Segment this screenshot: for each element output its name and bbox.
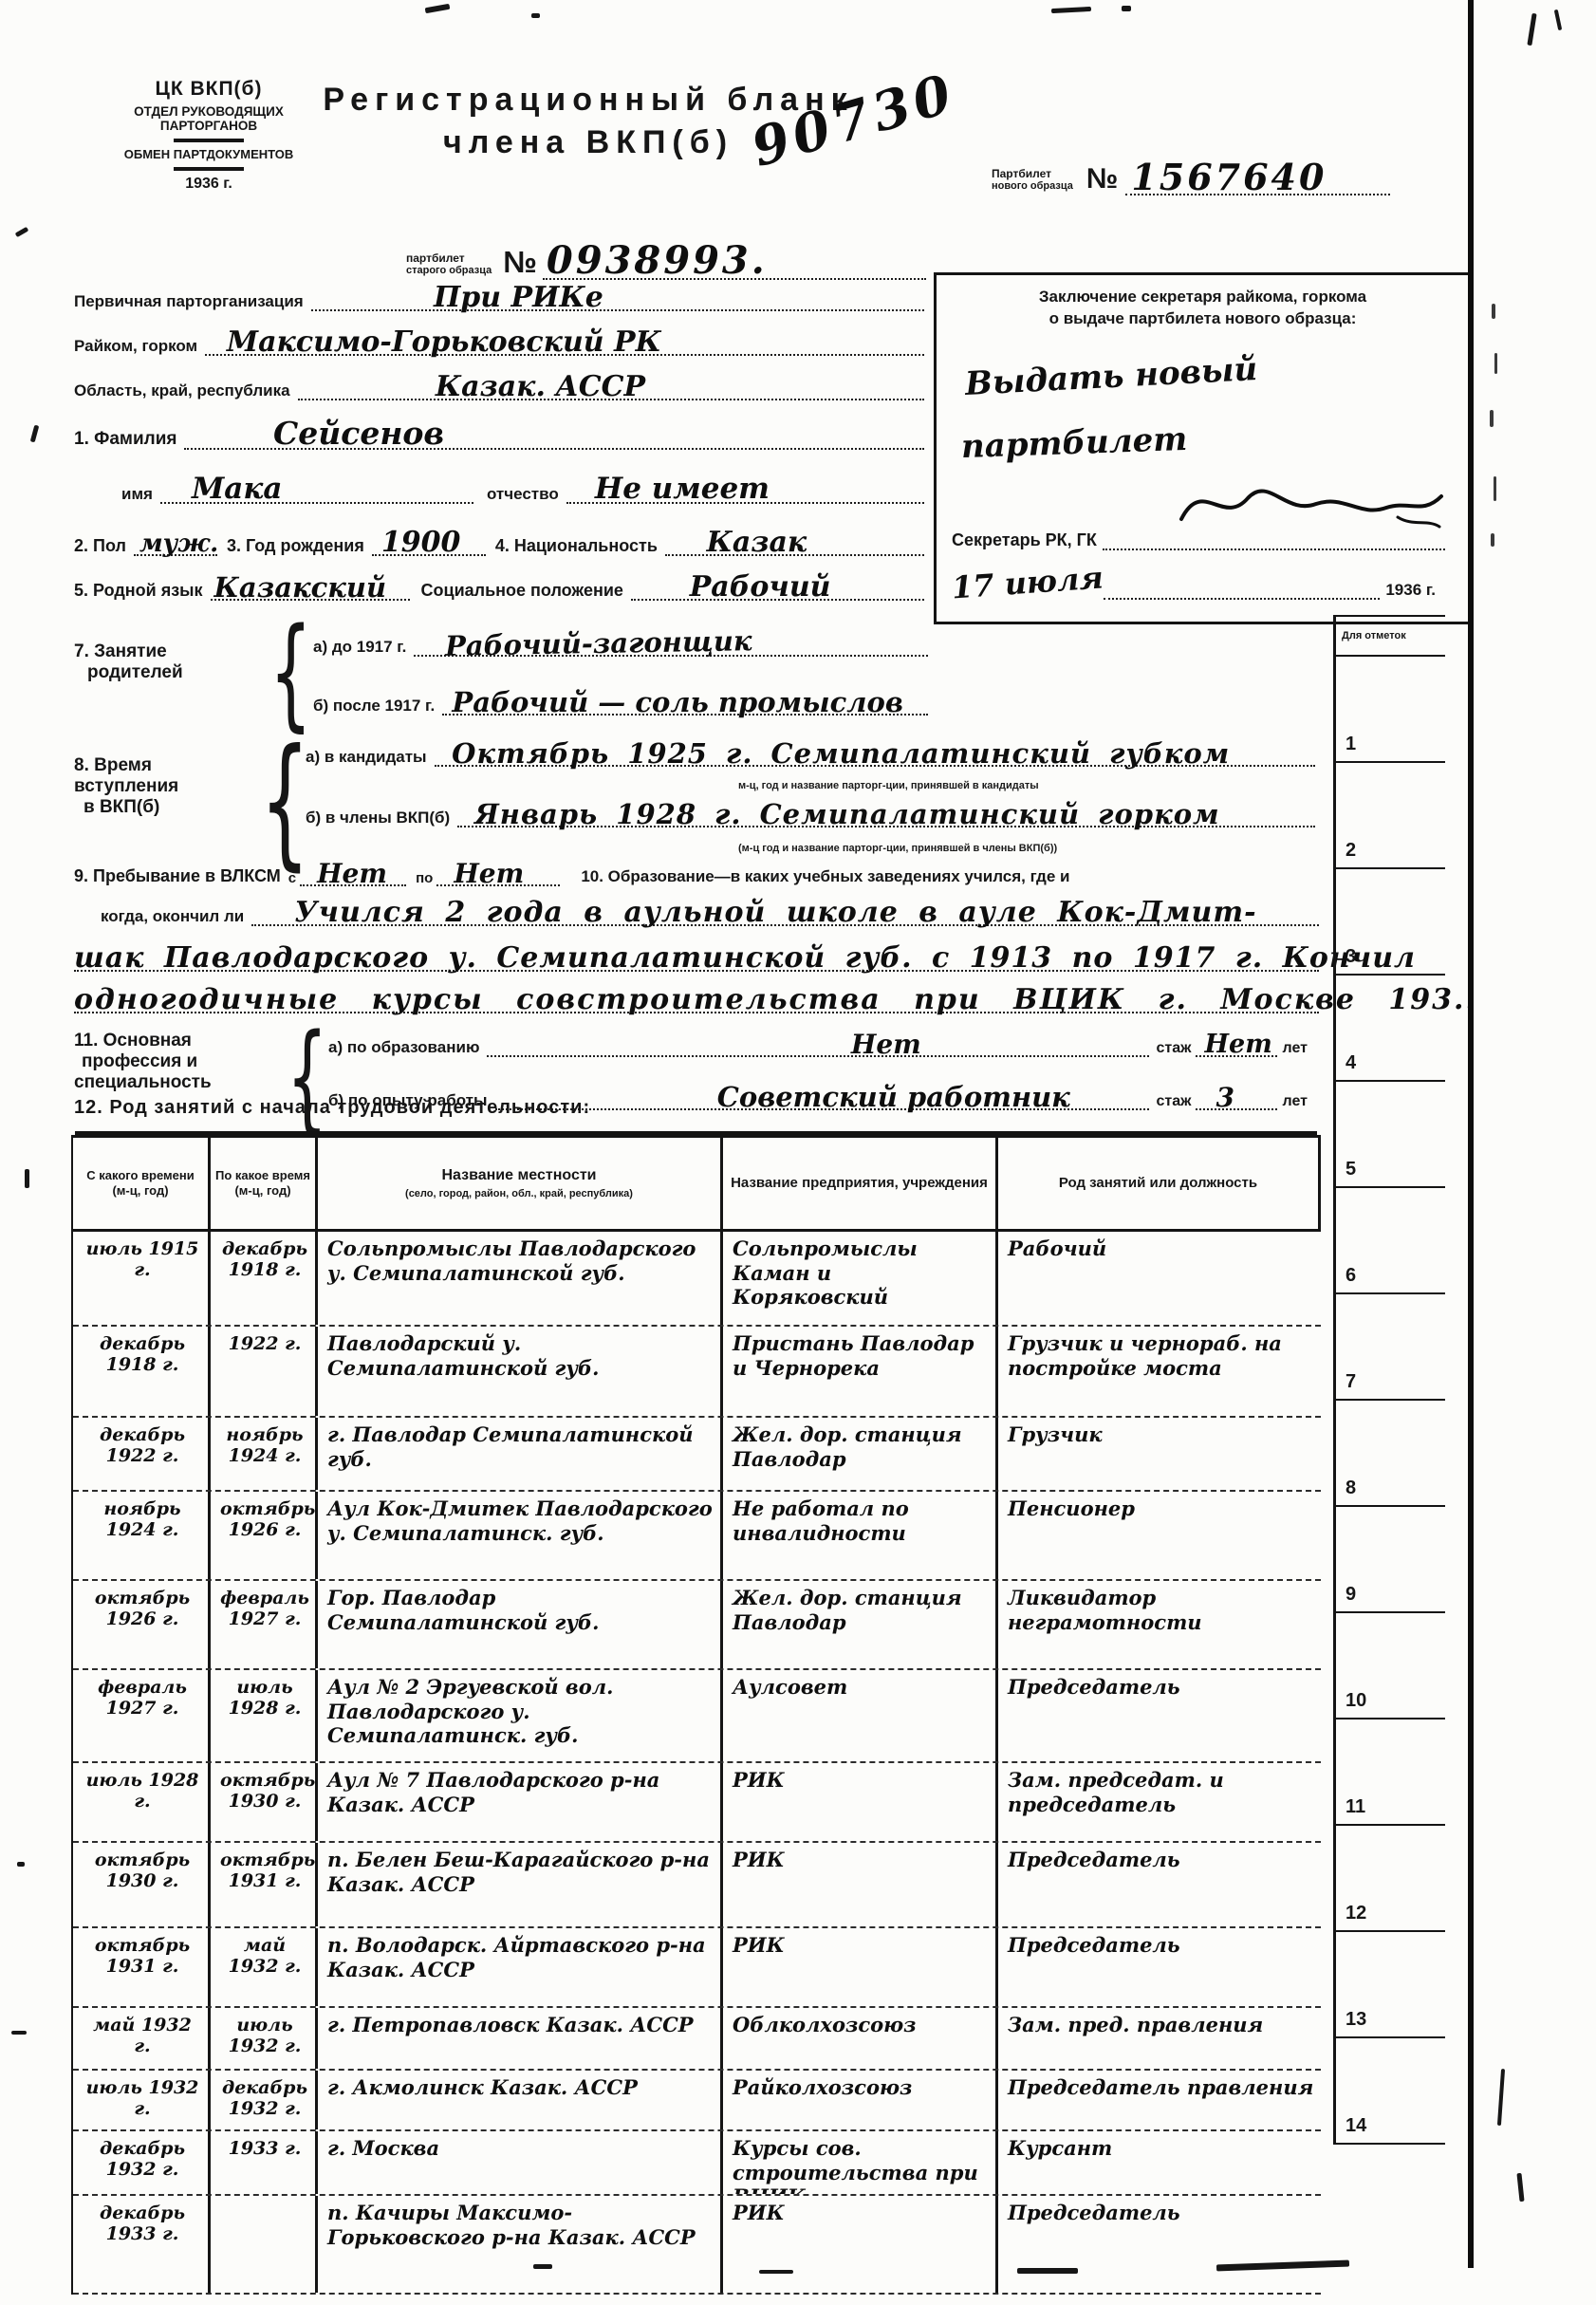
margin-cell-number: 13	[1345, 2009, 1366, 2031]
scan-artifact	[531, 13, 540, 18]
field-label: Социальное положение	[410, 581, 631, 601]
field-value: Сейсенов	[273, 418, 444, 451]
scan-artifact	[425, 4, 451, 13]
field-label: стаж	[1149, 1040, 1196, 1057]
cell-role: Зам. пред. правления	[998, 2008, 1321, 2069]
scan-artifact	[30, 425, 39, 443]
cell-date-to: май 1932 г.	[211, 1928, 318, 2006]
margin-cells: 1 2 3 4 5 6 7 8 9 10	[1336, 657, 1445, 2145]
field-label: Райком, горком	[74, 337, 205, 356]
section-label: профессия и	[74, 1051, 212, 1072]
section-label: вступления	[74, 776, 178, 797]
field-label: Область, край, республика	[74, 381, 298, 400]
field-label: по	[406, 870, 436, 886]
field-parents-after-1917: б) после 1917 г. Рабочий — соль промысло…	[313, 691, 928, 716]
field-parents-before-1917: а) до 1917 г. Рабочий-загонщик	[313, 632, 928, 657]
cell-role: Грузчик и чернораб. на постройке моста	[998, 1327, 1321, 1416]
cell-role: Зам. председат. и председатель	[998, 1763, 1321, 1841]
work-history-row: декабрь 1933 г. п. Качиры Максимо-Горько…	[73, 2196, 1321, 2295]
scan-artifact	[1122, 6, 1131, 11]
field-raikom: Райком, горком Максимо-Горьковский РК	[74, 331, 924, 356]
new-partbilet-number: 1567640	[1131, 158, 1327, 196]
cell-place: Аул № 7 Павлодарского р-на Казак. АССР	[318, 1763, 723, 1841]
scan-artifact	[1494, 476, 1496, 501]
brace: {	[287, 1019, 327, 1137]
cell-place: Аул № 2 Эргуевской вол. Павлодарского у.…	[318, 1670, 723, 1761]
field-value: Казакский	[214, 573, 387, 602]
margin-notes-header: Для отметок	[1336, 617, 1445, 657]
field-language-social: 5. Родной язык Казакский Социальное поло…	[74, 576, 924, 601]
brace: {	[260, 731, 309, 873]
section-label: родителей	[74, 662, 183, 683]
margin-cell-number: 6	[1345, 1265, 1356, 1287]
margin-cell-number: 8	[1345, 1478, 1356, 1499]
field-value: Рабочий-загонщик	[445, 626, 752, 660]
cell-date-from: июль 1928 г.	[73, 1763, 211, 1841]
scan-artifact	[759, 2270, 793, 2274]
cell-organization: Не работал по инвалидности	[723, 1492, 998, 1579]
margin-cell: 11	[1336, 1719, 1445, 1826]
field-surname: 1. Фамилия Сейсенов	[74, 425, 924, 450]
field-value: Мака	[192, 474, 282, 505]
field-education-line3: одногодичные курсы совстроительства при …	[74, 989, 1319, 1013]
margin-cell: 8	[1336, 1401, 1445, 1507]
margin-cell-number: 11	[1345, 1796, 1365, 1818]
field-label: 9. Пребывание в ВЛКСМ	[74, 866, 288, 886]
field-value: Казак. АССР	[436, 372, 645, 402]
field-value: Максимо-Горьковский РК	[227, 327, 661, 358]
margin-cell: 2	[1336, 763, 1445, 869]
margin-cell-number: 3	[1345, 946, 1356, 968]
work-history-row: октябрь 1926 г. февраль 1927 г. Гор. Пав…	[73, 1581, 1321, 1670]
work-history-row: декабрь 1918 г. 1922 г. Павлодарский у. …	[73, 1327, 1321, 1418]
cell-date-to	[211, 2196, 318, 2293]
field-value: Казак	[707, 528, 807, 558]
field-value: Нет	[851, 1031, 921, 1058]
conclusion-title-line1: Заключение секретаря райкома, горкома	[937, 287, 1469, 308]
education-handwriting: Учился 2 года в аульной школе в ауле Кок…	[294, 898, 1256, 928]
new-partbilet-block: Партбилет нового образца № 1567640	[992, 163, 1390, 195]
col-header-role: Род занятий или должность	[998, 1138, 1321, 1229]
secretary-label: Секретарь РК, ГК	[952, 530, 1103, 550]
conclusion-date-handwritten: 17 июля	[951, 562, 1104, 604]
section-12-title: 12. Род занятий с начала трудовой деятел…	[74, 1097, 590, 1119]
cell-date-from: декабрь 1932 г.	[73, 2131, 211, 2194]
margin-cell: 3	[1336, 869, 1445, 976]
numero-sign: №	[492, 245, 543, 280]
cell-date-to: 1922 г.	[211, 1327, 318, 1416]
field-education-line2: шак Павлодарского у. Семипалатинской губ…	[74, 947, 1319, 972]
field-value: Нет	[1205, 1032, 1272, 1058]
field-value: При РИКе	[434, 283, 603, 313]
work-history-row: октябрь 1930 г. октябрь 1931 г. п. Белен…	[73, 1843, 1321, 1928]
field-member-entry: б) в члены ВКП(б) Январь 1928 г. Семипал…	[306, 803, 1315, 827]
cell-place: Сольпромыслы Павлодарского у. Семипалати…	[318, 1232, 723, 1325]
cell-date-from: июль 1932 г.	[73, 2071, 211, 2129]
cell-place: г. Акмолинск Казак. АССР	[318, 2071, 723, 2129]
scan-artifact	[17, 1862, 25, 1867]
scan-artifact	[1497, 2069, 1505, 2126]
cell-organization: Курсы сов. строительства при ВЦИК	[723, 2131, 998, 2194]
cell-date-from: ноябрь 1924 г.	[73, 1492, 211, 1579]
cell-date-from: октябрь 1931 г.	[73, 1928, 211, 2006]
cell-organization: Жел. дор. станция Павлодар	[723, 1418, 998, 1490]
cell-role: Председатель	[998, 1670, 1321, 1761]
field-label: лет	[1277, 1040, 1315, 1057]
cell-date-from: октябрь 1930 г.	[73, 1843, 211, 1926]
margin-cell: 9	[1336, 1507, 1445, 1613]
scan-artifact	[1516, 2173, 1524, 2202]
work-history-row: февраль 1927 г. июль 1928 г. Аул № 2 Эрг…	[73, 1670, 1321, 1763]
work-history-row: декабрь 1932 г. 1933 г. г. Москва Курсы …	[73, 2131, 1321, 2196]
education-handwriting: одногодичные курсы совстроительства при …	[74, 985, 1477, 1015]
cell-date-from: декабрь 1922 г.	[73, 1418, 211, 1490]
field-value: Нет	[454, 860, 524, 887]
cell-role: Пенсионер	[998, 1492, 1321, 1579]
old-partbilet-block: партбилет старого образца № 0938993.	[406, 245, 926, 280]
field-label: 1. Фамилия	[74, 429, 184, 450]
margin-cell-number: 9	[1345, 1584, 1356, 1606]
field-value: Рабочий — соль промыслов	[452, 688, 902, 716]
field-value: Не имеет	[595, 474, 770, 505]
cell-date-from: октябрь 1926 г.	[73, 1581, 211, 1668]
cell-date-to: 1933 г.	[211, 2131, 318, 2194]
work-history-row: май 1932 г. июль 1932 г. г. Петропавловс…	[73, 2008, 1321, 2071]
cell-role: Председатель	[998, 2196, 1321, 2293]
scan-artifact	[11, 2031, 27, 2035]
cell-role: Председатель	[998, 1843, 1321, 1926]
cell-organization: РИК	[723, 1928, 998, 2006]
education-handwriting: шак Павлодарского у. Семипалатинской губ…	[74, 943, 1416, 974]
org-line: 1936 г.	[90, 176, 327, 193]
cell-place: Гор. Павлодар Семипалатинской губ.	[318, 1581, 723, 1668]
field-label: отчество	[473, 485, 566, 504]
margin-cell-number: 4	[1345, 1052, 1356, 1074]
cell-date-to: октябрь 1930 г.	[211, 1763, 318, 1841]
cell-date-to: июль 1928 г.	[211, 1670, 318, 1761]
cell-date-to: октябрь 1926 г.	[211, 1492, 318, 1579]
field-label: 5. Родной язык	[74, 581, 211, 601]
field-region: Область, край, республика Казак. АССР	[74, 376, 924, 400]
conclusion-handwriting-line2: партбилет	[960, 423, 1187, 465]
field-label: стаж	[1149, 1093, 1196, 1110]
col-header-to: По какое время (м-ц, год)	[211, 1138, 318, 1229]
field-label: а) в кандидаты	[306, 748, 435, 767]
col-header-from: С какого времени (м-ц, год)	[73, 1138, 211, 1229]
section-label: в ВКП(б)	[74, 797, 178, 818]
field-value: 3	[1216, 1084, 1234, 1111]
col-header-org: Название предприятия, учреждения	[723, 1138, 998, 1229]
scan-artifact	[1494, 353, 1497, 374]
old-partbilet-label2: старого образца	[406, 265, 492, 276]
field-label: 2. Пол	[74, 536, 134, 556]
field-value: 1900	[381, 528, 461, 558]
field-label: лет	[1277, 1093, 1315, 1110]
section-label: специальность	[74, 1072, 212, 1093]
col-header-place-sub: (село, город, район, обл., край, республ…	[405, 1188, 633, 1199]
scan-artifact	[1554, 9, 1562, 30]
conclusion-handwriting-line1: Выдать новый	[964, 353, 1258, 402]
cell-date-to: июль 1932 г.	[211, 2008, 318, 2069]
field-label: имя	[121, 485, 160, 504]
margin-cell: 4	[1336, 976, 1445, 1082]
margin-cell: 10	[1336, 1613, 1445, 1719]
secretary-conclusion-box: Заключение секретаря райкома, горкома о …	[934, 272, 1472, 624]
margin-cell-number: 2	[1345, 840, 1356, 862]
field-label: б) в члены ВКП(б)	[306, 809, 457, 827]
cell-date-to: октябрь 1931 г.	[211, 1843, 318, 1926]
field-candidate-entry: а) в кандидаты Октябрь 1925 г. Семипалат…	[306, 742, 1315, 767]
education-label-line2: когда, окончил ли	[101, 907, 251, 926]
cell-organization: РИК	[723, 1763, 998, 1841]
work-history-table: С какого времени (м-ц, год) По какое вре…	[71, 1135, 1321, 2295]
work-history-row: декабрь 1922 г. ноябрь 1924 г. г. Павлод…	[73, 1418, 1321, 1492]
cell-date-from: декабрь 1918 г.	[73, 1327, 211, 1416]
divider	[174, 139, 244, 142]
scan-artifact	[1051, 7, 1091, 13]
cell-date-to: февраль 1927 г.	[211, 1581, 318, 1668]
scan-artifact	[1492, 304, 1495, 319]
margin-cell: 6	[1336, 1188, 1445, 1294]
numero-sign: №	[1073, 163, 1125, 195]
scan-artifact	[1017, 2268, 1078, 2274]
field-label: а) по образованию	[328, 1038, 487, 1057]
old-partbilet-label1: партбилет	[406, 251, 492, 265]
work-history-row: июль 1915 г. декабрь 1918 г. Сольпромысл…	[73, 1232, 1321, 1327]
scan-artifact	[533, 2264, 552, 2269]
field-label: а) до 1917 г.	[313, 638, 414, 657]
section-7-parents-occupation: 7. Занятие родителей { а) до 1917 г. Раб…	[74, 619, 928, 740]
work-history-row: октябрь 1931 г. май 1932 г. п. Володарск…	[73, 1928, 1321, 2008]
margin-cell-number: 14	[1345, 2115, 1366, 2137]
divider	[174, 167, 244, 171]
field-value: Январь 1928 г. Семипалатинский горком	[474, 800, 1219, 828]
field-sex-birth-nationality: 2. Пол муж. 3. Год рождения 1900 4. Наци…	[74, 531, 924, 556]
margin-cell: 13	[1336, 1932, 1445, 2038]
work-history-header: С какого времени (м-ц, год) По какое вре…	[73, 1138, 1321, 1232]
cell-place: Павлодарский у. Семипалатинской губ.	[318, 1327, 723, 1416]
field-value: муж.	[139, 531, 218, 557]
cell-organization: РИК	[723, 2196, 998, 2293]
margin-cell: 1	[1336, 657, 1445, 763]
cell-organization: РИК	[723, 1843, 998, 1926]
scan-artifact	[1527, 13, 1536, 46]
cell-place: п. Белен Беш-Карагайского р-на Казак. АС…	[318, 1843, 723, 1926]
field-label: 4. Национальность	[486, 536, 665, 556]
cell-role: Рабочий	[998, 1232, 1321, 1325]
cell-role: Курсант	[998, 2131, 1321, 2194]
work-history-body: июль 1915 г. декабрь 1918 г. Сольпромысл…	[73, 1232, 1321, 2295]
cell-place: г. Москва	[318, 2131, 723, 2194]
field-label: б) после 1917 г.	[313, 697, 442, 716]
conclusion-title-line2: о выдаче партбилета нового образца:	[937, 308, 1469, 330]
cell-place: п. Качиры Максимо-Горьковского р-на Каза…	[318, 2196, 723, 2293]
cell-date-from: декабрь 1933 г.	[73, 2196, 211, 2293]
margin-cell: 12	[1336, 1826, 1445, 1932]
scan-artifact	[1490, 410, 1494, 427]
cell-organization: Сольпромыслы Каман и Коряковский	[723, 1232, 998, 1325]
cell-date-from: май 1932 г.	[73, 2008, 211, 2069]
cell-date-from: февраль 1927 г.	[73, 1670, 211, 1761]
margin-cell-number: 5	[1345, 1159, 1356, 1180]
new-partbilet-label1: Партбилет	[992, 167, 1073, 180]
cell-date-to: декабрь 1918 г.	[211, 1232, 318, 1325]
cell-date-to: ноябрь 1924 г.	[211, 1418, 318, 1490]
field-label: 3. Год рождения	[217, 536, 372, 556]
section-label: 8. Время	[74, 755, 178, 776]
scan-artifact	[25, 1169, 29, 1188]
margin-cell: 14	[1336, 2038, 1445, 2145]
field-value: Нет	[317, 860, 387, 887]
field-caption: (м-ц год и название парторг-ции, принявш…	[738, 843, 1057, 854]
margin-cell-number: 10	[1345, 1690, 1366, 1712]
cell-role: Ликвидатор неграмотности	[998, 1581, 1321, 1668]
cell-organization: Облколхозсоюз	[723, 2008, 998, 2069]
cell-role: Председатель правления	[998, 2071, 1321, 2129]
old-partbilet-number: 0938993.	[547, 241, 768, 281]
field-value: Рабочий	[690, 572, 831, 603]
cell-place: Аул Кок-Дмитек Павлодарского у. Семипала…	[318, 1492, 723, 1579]
col-header-place: Название местности (село, город, район, …	[318, 1138, 723, 1229]
cell-date-to: декабрь 1932 г.	[211, 2071, 318, 2129]
cell-role: Грузчик	[998, 1418, 1321, 1490]
field-profession-education: а) по образованию Нет стаж Нет лет	[328, 1032, 1315, 1057]
margin-cell-number: 7	[1345, 1371, 1356, 1393]
work-history-row: ноябрь 1924 г. октябрь 1926 г. Аул Кок-Д…	[73, 1492, 1321, 1581]
field-komsomol: 9. Пребывание в ВЛКСМ с Нет по Нет 10. О…	[74, 862, 1319, 886]
new-partbilet-label2: нового образца	[992, 180, 1073, 192]
margin-cell: 7	[1336, 1294, 1445, 1401]
margin-cell-number: 1	[1345, 734, 1356, 755]
page-fold-line	[1468, 0, 1474, 2268]
cell-place: г. Петропавловск Казак. АССР	[318, 2008, 723, 2069]
conclusion-date-year: 1936 г.	[1380, 581, 1445, 600]
section-label: 7. Занятие	[74, 641, 183, 662]
field-primary-org: Первичная парторганизация При РИКе	[74, 287, 924, 311]
cell-place: г. Павлодар Семипалатинской губ.	[318, 1418, 723, 1490]
work-history-row: июль 1928 г. октябрь 1930 г. Аул № 7 Пав…	[73, 1763, 1321, 1843]
section-label: 11. Основная	[74, 1031, 212, 1051]
cell-organization: Жел. дор. станция Павлодар	[723, 1581, 998, 1668]
education-label-line1: 10. Образование—в каких учебных заведени…	[560, 867, 1077, 886]
section-9-10-komsomol-education: 9. Пребывание в ВЛКСМ с Нет по Нет 10. О…	[74, 862, 1319, 1025]
cell-organization: Райколхозсоюз	[723, 2071, 998, 2129]
field-caption: м-ц, год и название парторг-ции, принявш…	[738, 780, 1039, 791]
col-header-place-title: Название местности	[441, 1167, 596, 1184]
registration-form-page: ЦК ВКП(б) ОТДЕЛ РУКОВОДЯЩИХ ПАРТОРГАНОВ …	[0, 0, 1596, 2305]
field-value: Октябрь 1925 г. Семипалатинский губком	[452, 739, 1230, 768]
field-education-line1: когда, окончил ли Учился 2 года в аульно…	[101, 902, 1319, 926]
scan-artifact	[1491, 533, 1494, 547]
cell-place: п. Володарск. Айртавского р-на Казак. АС…	[318, 1928, 723, 2006]
brace: {	[269, 613, 312, 734]
margin-cell: 5	[1336, 1082, 1445, 1188]
margin-notes-column: Для отметок 1 2 3 4 5 6 7 8	[1333, 615, 1445, 2145]
margin-cell-number: 12	[1345, 1903, 1366, 1924]
cell-role: Председатель	[998, 1928, 1321, 2006]
field-value: Советский работник	[717, 1083, 1070, 1111]
field-label: с	[288, 870, 300, 886]
cell-organization: Пристань Павлодар и Чернорека	[723, 1327, 998, 1416]
field-label: Первичная парторганизация	[74, 292, 311, 311]
cell-organization: Аулсовет	[723, 1670, 998, 1761]
cell-date-from: июль 1915 г.	[73, 1232, 211, 1325]
scan-artifact	[15, 227, 29, 237]
field-name-patronymic: имя Мака отчество Не имеет	[121, 479, 924, 504]
work-history-row: июль 1932 г. декабрь 1932 г. г. Акмолинс…	[73, 2071, 1321, 2131]
section-8-party-entry: 8. Время вступления в ВКП(б) { а) в канд…	[74, 740, 1319, 865]
